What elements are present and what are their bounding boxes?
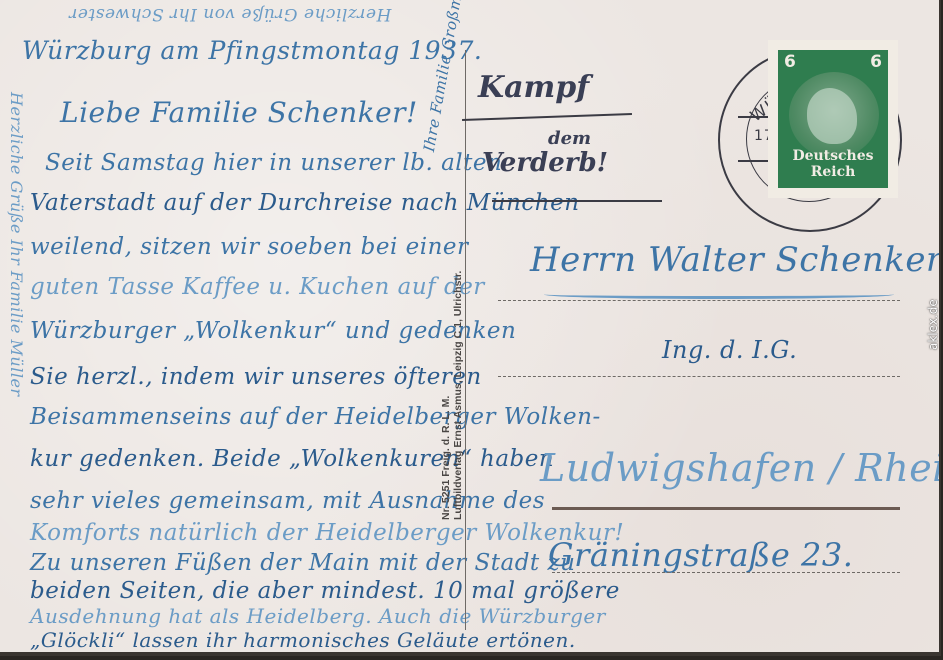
watermark: aklex.de <box>926 299 940 350</box>
message-line: Ausdehnung hat als Heidelberg. Auch die … <box>30 604 606 628</box>
stamp-value-right: 6 <box>870 52 882 72</box>
message-line: Seit Samstag hier in unserer lb. alten <box>45 150 502 176</box>
address-line-3 <box>552 507 900 510</box>
address-line-4 <box>552 572 900 573</box>
portrait-icon <box>789 72 879 158</box>
portrait-face <box>807 88 857 144</box>
publisher-line-2: Luftbildverlag Ernst Asmus, Leipzig C 1,… <box>452 271 464 520</box>
message-line: Zu unseren Füßen der Main mit der Stadt … <box>30 550 575 576</box>
publisher-imprint: Nr. 5251 Freig. d. R. L. M. Luftbildverl… <box>440 271 464 520</box>
address-title: Ing. d. I.G. <box>662 336 797 364</box>
slogan-line-2: dem <box>548 128 591 149</box>
slogan-line-1: Kampf <box>478 70 589 105</box>
upside-down-greeting: Herzliche Grüße von Ihr Schwester <box>40 4 420 24</box>
address-line-1 <box>498 300 900 301</box>
address-city: Ludwigshafen / Rhein <box>540 446 941 490</box>
message-line: sehr vieles gemeinsam, mit Ausnahme des <box>30 488 545 514</box>
slogan-underline <box>462 113 632 121</box>
date-line: Würzburg am Pfingstmontag 1937. <box>22 36 482 65</box>
postcard-back: Herzliche Grüße von Ihr Schwester Würzbu… <box>0 0 941 656</box>
message-line: weilend, sitzen wir soeben bei einer <box>30 234 469 260</box>
address-street: Gräningstraße 23. <box>548 536 853 574</box>
stamp-value-left: 6 <box>784 52 796 72</box>
stamp-country: Deutsches Reich <box>778 148 888 180</box>
left-margin-note: Herzliche Grüße Ihr Familie Müller <box>7 92 26 397</box>
message-line: beiden Seiten, die aber mindest. 10 mal … <box>30 578 620 604</box>
salutation: Liebe Familie Schenker! <box>60 96 418 129</box>
slogan-underline <box>492 200 662 202</box>
address-line-2 <box>498 376 900 377</box>
message-line: Sie herzl., indem wir unseres öfteren <box>30 364 482 390</box>
address-name: Herrn Walter Schenker <box>530 240 941 280</box>
message-line: kur gedenken. Beide „Wolkenkuren“ haben <box>30 446 554 472</box>
publisher-line-1: Nr. 5251 Freig. d. R. L. M. <box>440 271 452 520</box>
message-line: „Glöckli“ lassen ihr harmonisches Geläut… <box>30 628 576 652</box>
address-underline-wave <box>544 290 894 299</box>
slogan-line-3: Verderb! <box>482 148 608 178</box>
message-line: Vaterstadt auf der Durchreise nach Münch… <box>30 190 580 216</box>
message-line: Komforts natürlich der Heidelberger Wolk… <box>30 520 624 546</box>
postage-stamp: 6 6 Deutsches Reich <box>768 40 898 198</box>
center-divider <box>465 50 466 630</box>
message-line: Beisammenseins auf der Heidelberger Wolk… <box>30 404 601 430</box>
stamp-design: 6 6 Deutsches Reich <box>778 50 888 188</box>
message-line: guten Tasse Kaffee u. Kuchen auf der <box>30 274 485 300</box>
